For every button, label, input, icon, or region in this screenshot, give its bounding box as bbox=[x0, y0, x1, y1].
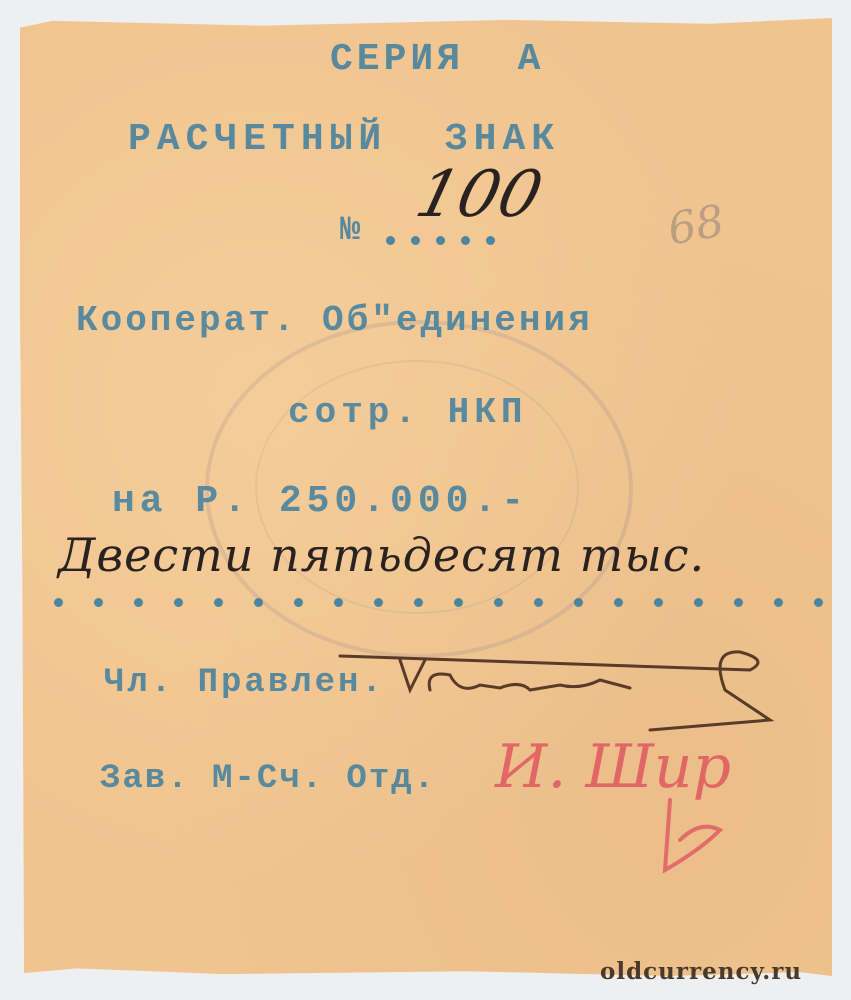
serial-number: 100 bbox=[409, 158, 550, 232]
dot bbox=[454, 598, 463, 607]
dot bbox=[386, 236, 395, 245]
number-label: № bbox=[340, 212, 366, 250]
dot bbox=[174, 598, 183, 607]
dot bbox=[436, 236, 445, 245]
dot bbox=[534, 598, 543, 607]
document-title: РАСЧЕТНЫЙ ЗНАК bbox=[128, 118, 560, 161]
signatory-2-label: Зав. М-Сч. Отд. bbox=[100, 760, 436, 798]
pencil-mark: 68 bbox=[664, 196, 728, 256]
issuer-line-1: Кооперат. Об"единения bbox=[76, 300, 593, 341]
dot bbox=[334, 598, 343, 607]
dot bbox=[374, 598, 383, 607]
amount-in-words: Двести пятьдесят тыс. bbox=[58, 528, 705, 582]
watermark: oldcurrency.ru bbox=[600, 958, 802, 985]
series-line: СЕРИЯ А bbox=[330, 38, 544, 81]
dot bbox=[574, 598, 583, 607]
dot bbox=[94, 598, 103, 607]
dot bbox=[411, 236, 420, 245]
dot bbox=[694, 598, 703, 607]
dot bbox=[461, 236, 470, 245]
number-dots bbox=[386, 236, 495, 245]
dot bbox=[294, 598, 303, 607]
dot bbox=[214, 598, 223, 607]
dot bbox=[486, 236, 495, 245]
issuer-line-2: сотр. НКП bbox=[288, 392, 527, 433]
dot bbox=[614, 598, 623, 607]
dot bbox=[54, 598, 63, 607]
dot bbox=[774, 598, 783, 607]
signature-2-flourish bbox=[640, 790, 740, 890]
dot bbox=[414, 598, 423, 607]
dot bbox=[254, 598, 263, 607]
dot bbox=[734, 598, 743, 607]
fill-dots bbox=[54, 598, 851, 607]
amount-figures: на Р. 250.000.- bbox=[112, 480, 529, 523]
dot bbox=[134, 598, 143, 607]
dot bbox=[494, 598, 503, 607]
dot bbox=[814, 598, 823, 607]
dot bbox=[654, 598, 663, 607]
